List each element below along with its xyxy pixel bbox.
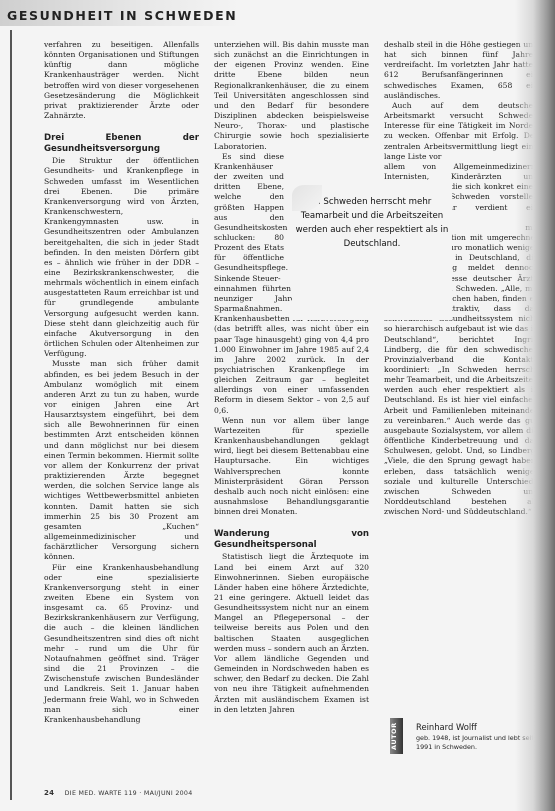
page-number: 24 <box>44 789 54 797</box>
pull-quote: In Schweden herrscht mehr Teamarbeit und… <box>292 180 452 320</box>
paragraph: unterziehen will. Bis dahin musste man s… <box>214 40 369 152</box>
paragraph: Die Struktur der öffentlichen Gesundheit… <box>44 156 199 359</box>
paragraph-narrow: Es sind diese Krankenhäuser der zweiten … <box>214 152 284 284</box>
pull-quote-text: In Schweden herrscht mehr Teamarbeit und… <box>296 197 449 249</box>
subheading-wanderung: Wanderung von Gesundheitspersonal <box>214 529 369 551</box>
article-column-left: verfahren zu beseitigen. Allenfalls könn… <box>44 40 199 760</box>
publication-info: DIE MED. WARTE 119 · MAI/JUNI 2004 <box>65 790 193 797</box>
article-column-middle: unterziehen will. Bis dahin musste man s… <box>214 40 369 760</box>
paragraph: Musste man sich früher damit abfinden, e… <box>44 359 199 562</box>
paragraph: Wenn nun vor allem über lange Wartezeite… <box>214 416 369 518</box>
page-edge-left <box>10 30 12 800</box>
subheading-drei-ebenen: Drei Ebenen der Gesundheitsversorgung <box>44 133 199 155</box>
author-tag: AUTOR <box>390 718 403 754</box>
author-name: Reinhard Wolff <box>416 722 477 732</box>
author-box: AUTOR Reinhard Wolff geb. 1948, ist Jour… <box>390 718 530 754</box>
quote-swoosh-icon <box>292 185 322 211</box>
page-shadow-right <box>515 0 555 811</box>
page-footer: 24 DIE MED. WARTE 119 · MAI/JUNI 2004 <box>44 789 193 797</box>
section-title: GESUNDHEIT IN SCHWEDEN <box>7 8 237 23</box>
paragraph: Für eine Krankenhausbehandlung oder eine… <box>44 563 199 726</box>
paragraph: Statistisch liegt die Ärztequote im Land… <box>214 552 369 715</box>
paragraph: verfahren zu beseitigen. Allenfalls könn… <box>44 40 199 121</box>
